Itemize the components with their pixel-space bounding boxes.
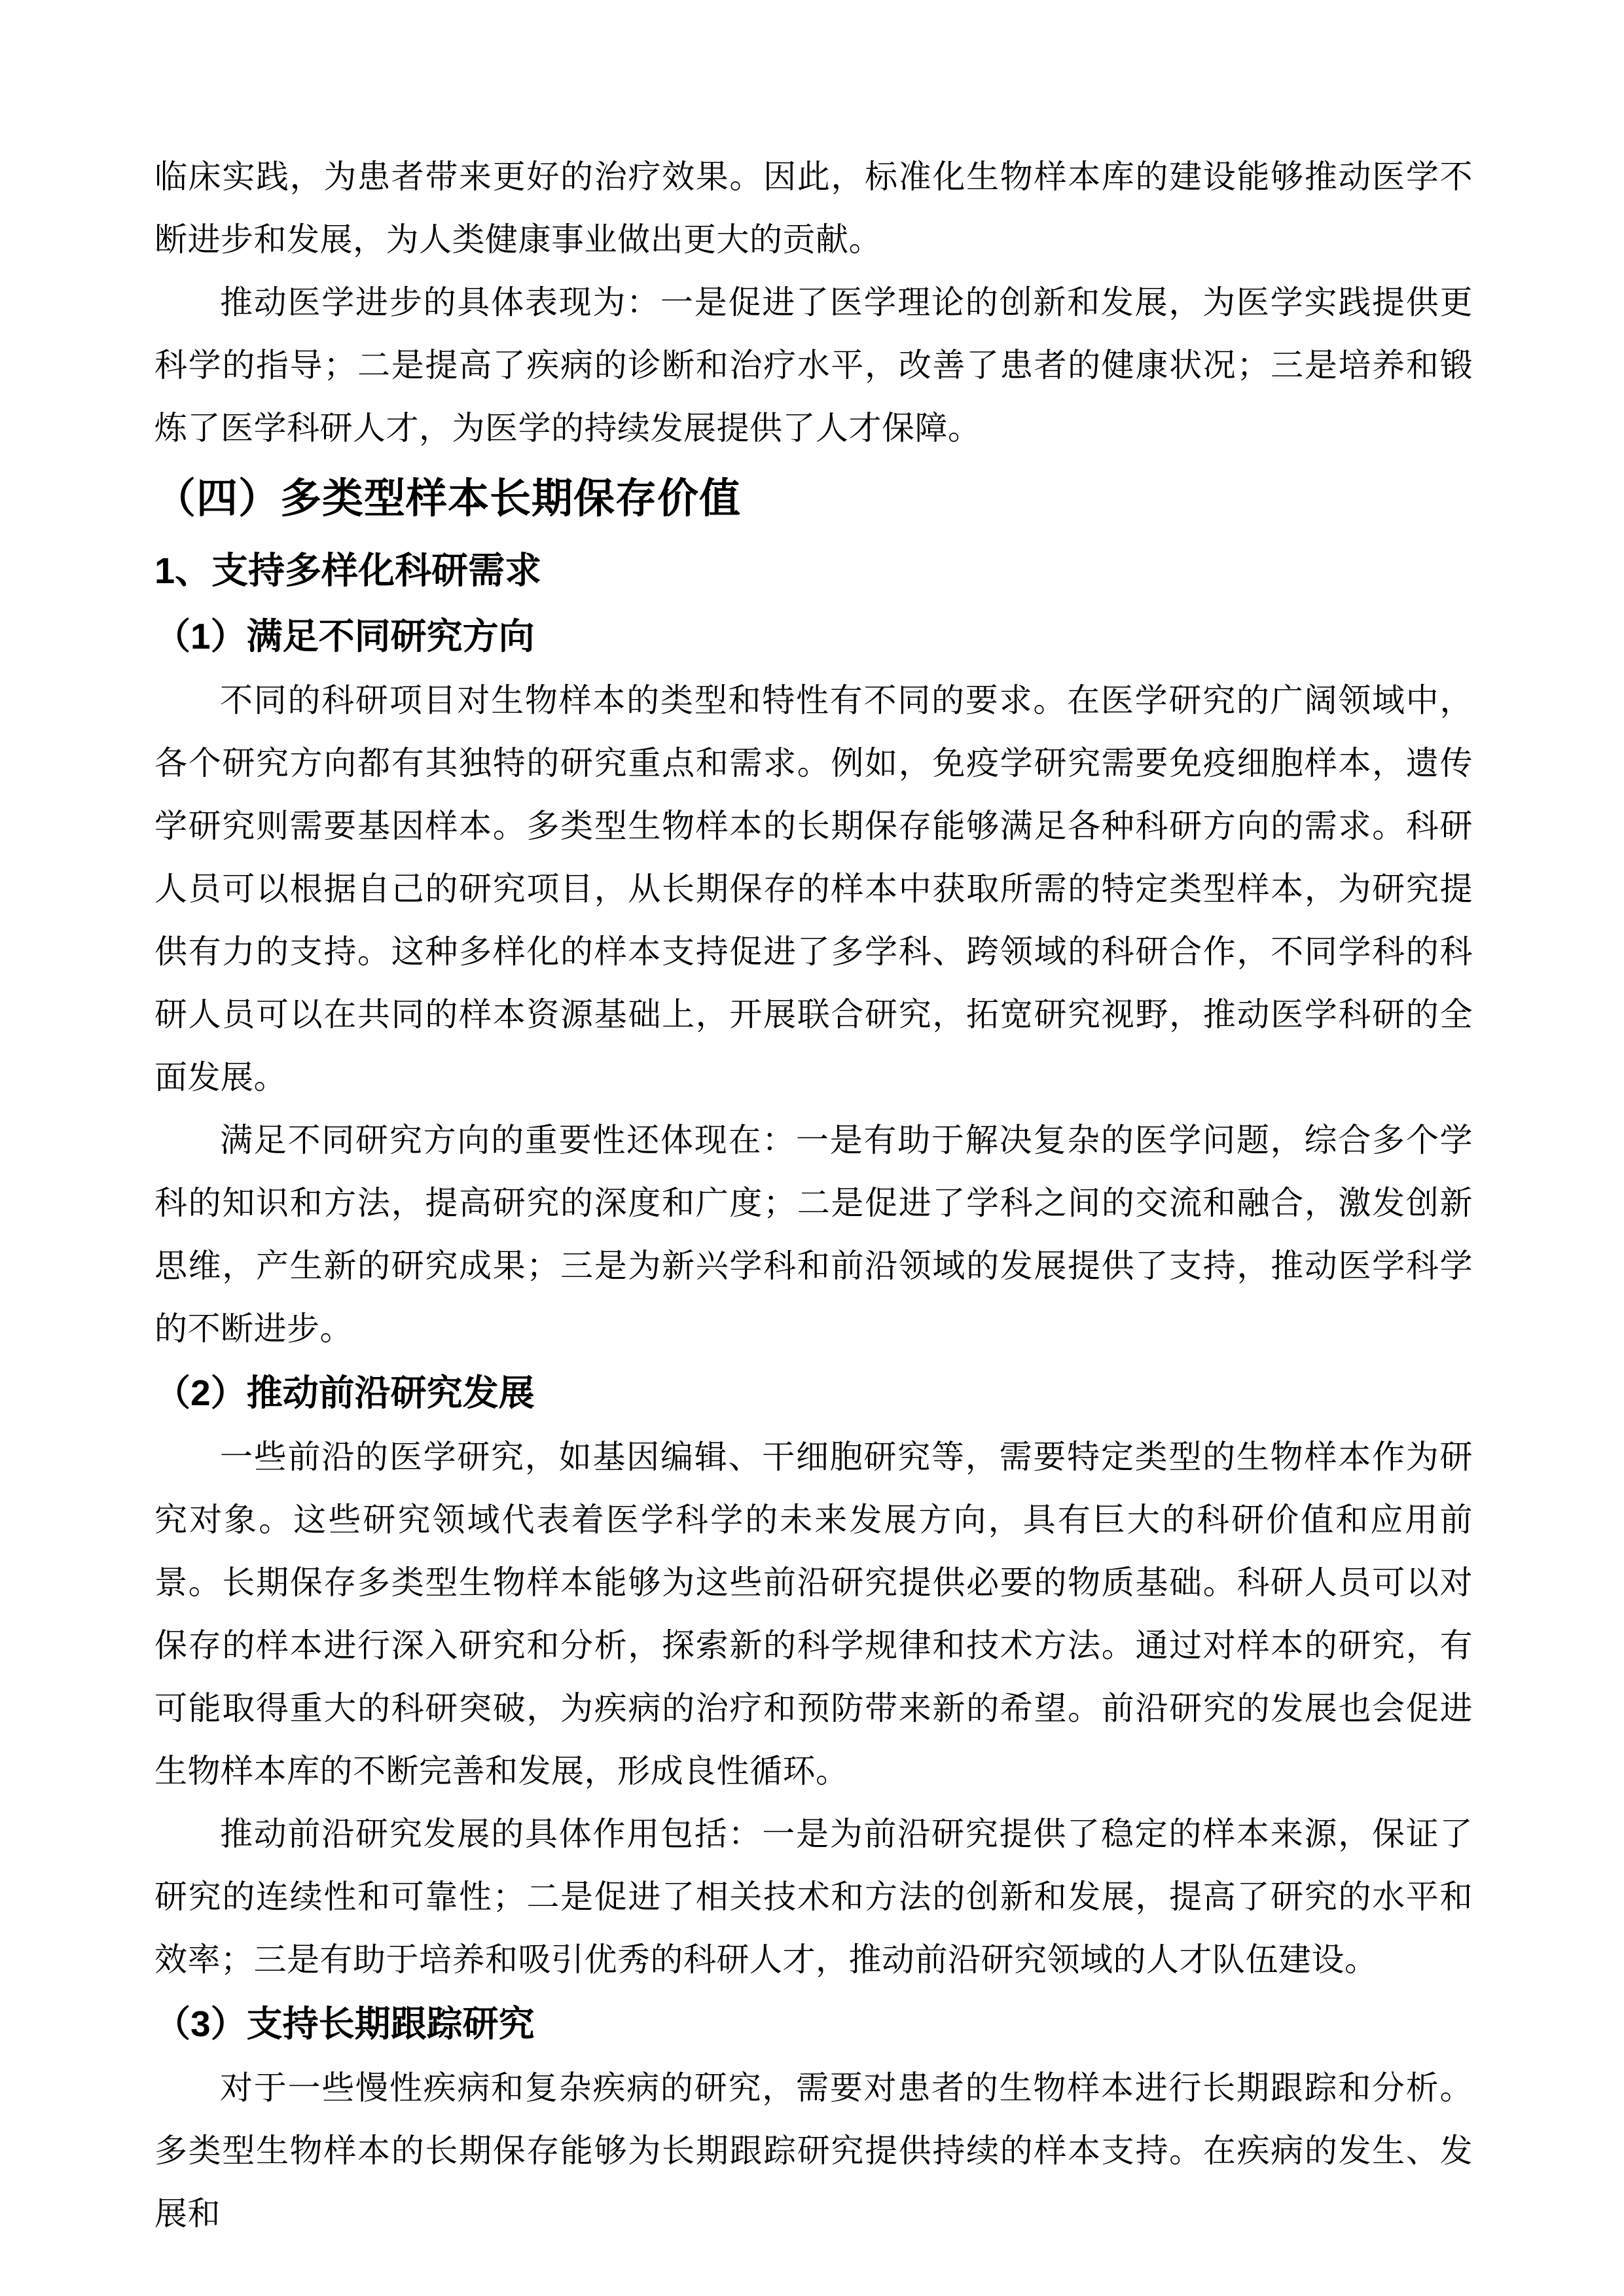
point-heading-frontier-research: （2）推动前沿研究发展 [154,1360,1473,1426]
paragraph-research-direction-needs: 不同的科研项目对生物样本的类型和特性有不同的要求。在医学研究的广阔领域中，各个研… [154,669,1473,1109]
section-heading-long-term-preservation-value: （四）多类型样本长期保存价值 [154,459,1473,538]
point-heading-long-term-tracking-research: （3）支持长期跟踪研究 [154,1991,1473,2056]
paragraph-research-direction-importance: 满足不同研究方向的重要性还体现在：一是有助于解决复杂的医学问题，综合多个学科的知… [154,1109,1473,1360]
subsection-heading-diverse-research-needs: 1、支持多样化科研需求 [154,538,1473,603]
paragraph-frontier-research-roles: 推动前沿研究发展的具体作用包括：一是为前沿研究提供了稳定的样本来源，保证了研究的… [154,1803,1473,1991]
paragraph-frontier-research-description: 一些前沿的医学研究，如基因编辑、干细胞研究等，需要特定类型的生物样本作为研究对象… [154,1426,1473,1803]
paragraph-medical-progress-points: 推动医学进步的具体表现为：一是促进了医学理论的创新和发展，为医学实践提供更科学的… [154,271,1473,459]
paragraph-long-term-tracking: 对于一些慢性疾病和复杂疾病的研究，需要对患者的生物样本进行长期跟踪和分析。多类型… [154,2056,1473,2245]
point-heading-different-research-directions: （1）满足不同研究方向 [154,603,1473,669]
document-page: 临床实践，为患者带来更好的治疗效果。因此，标准化生物样本库的建设能够推动医学不断… [0,0,1624,2296]
paragraph-clinical-practice-continuation: 临床实践，为患者带来更好的治疗效果。因此，标准化生物样本库的建设能够推动医学不断… [154,145,1473,271]
